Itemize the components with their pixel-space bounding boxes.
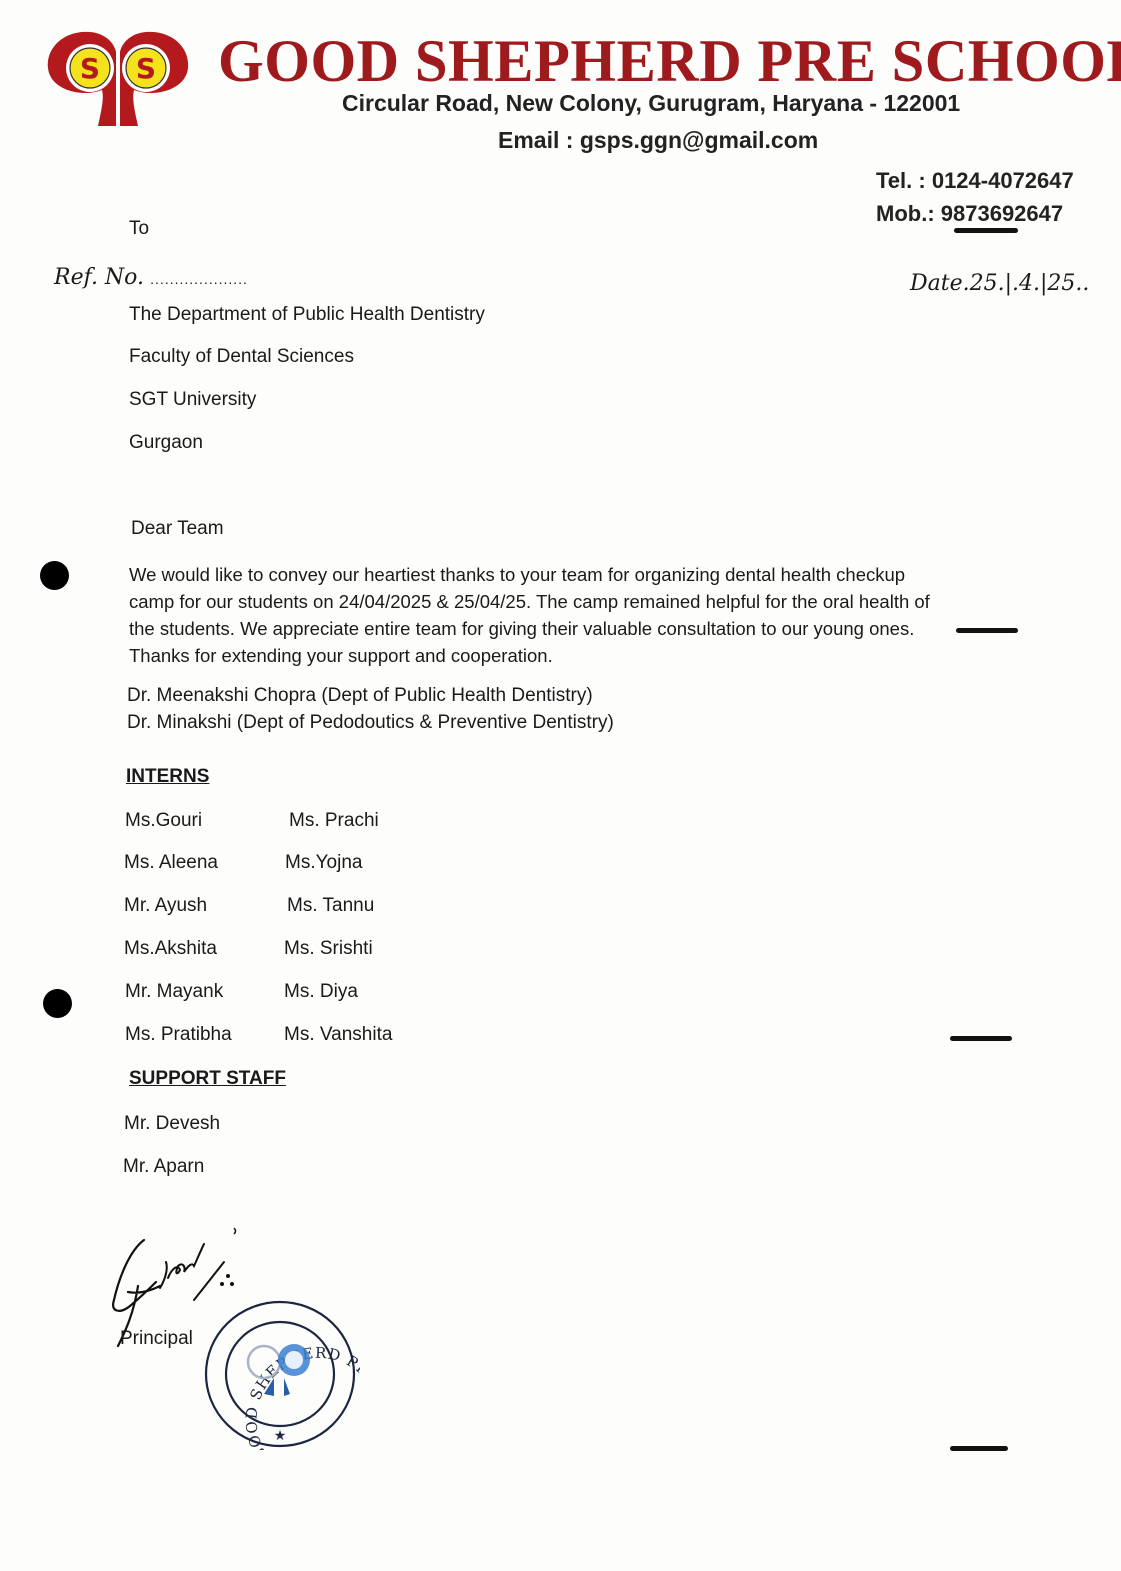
date-value: .25.|.4.|25.. [963, 271, 1090, 296]
telephone: Tel. : 0124-4072647 [876, 168, 1074, 194]
mobile: Mob.: 9873692647 [876, 201, 1063, 227]
intern-name: Ms. Prachi [289, 810, 379, 832]
school-stamp: GOOD SHEPHERD PRE SCHOOL ★ [200, 1298, 360, 1450]
intern-name: Mr. Ayush [124, 895, 207, 917]
doctor-line: Dr. Minakshi (Dept of Pedodoutics & Prev… [127, 712, 614, 734]
intern-name: Ms. Diya [284, 981, 358, 1003]
ref-value: .................... [150, 271, 248, 287]
school-email: Email : gsps.ggn@gmail.com [498, 127, 818, 154]
school-address: Circular Road, New Colony, Gurugram, Har… [342, 90, 960, 117]
principal-label: Principal [120, 1328, 193, 1350]
svg-text:S: S [136, 52, 156, 85]
intern-name: Ms.Yojna [285, 852, 362, 874]
pen-underline-mark [954, 228, 1018, 233]
intern-name: Ms. Srishti [284, 938, 373, 960]
body-line: Thanks for extending your support and co… [129, 642, 1009, 669]
tel-value: 0124-4072647 [932, 168, 1074, 193]
punch-hole-mark [40, 561, 69, 590]
intern-name: Ms. Tannu [287, 895, 374, 917]
body-line: the students. We appreciate entire team … [129, 615, 1009, 642]
support-staff-heading: SUPPORT STAFF [129, 1068, 286, 1090]
ref-label: Ref. No. [54, 265, 144, 290]
mob-value: 9873692647 [941, 201, 1063, 226]
school-name: GOOD SHEPHERD PRE SCHOOL [218, 28, 1121, 94]
intern-name: Ms. Pratibha [125, 1024, 232, 1046]
stamp-star-icon: ★ [274, 1427, 287, 1443]
body-line: camp for our students on 24/04/2025 & 25… [129, 588, 1009, 615]
intern-name: Ms.Akshita [124, 938, 217, 960]
mob-label: Mob.: [876, 201, 941, 226]
date: Date.25.|.4.|25.. [910, 270, 1089, 296]
pen-mark [956, 628, 1018, 633]
intern-name: Mr. Mayank [125, 981, 223, 1003]
svg-text:S: S [80, 52, 100, 85]
punch-hole-mark [43, 989, 72, 1018]
intern-name: Ms.Gouri [125, 810, 202, 832]
doctor-line: Dr. Meenakshi Chopra (Dept of Public Hea… [127, 685, 593, 707]
pen-mark [950, 1036, 1012, 1041]
body-line: We would like to convey our heartiest th… [129, 561, 1009, 588]
school-logo: S S [42, 28, 194, 128]
intern-name: Ms. Vanshita [284, 1024, 392, 1046]
intern-name: Ms. Aleena [124, 852, 218, 874]
salutation: Dear Team [131, 518, 224, 540]
recipient-line: Faculty of Dental Sciences [129, 346, 354, 368]
ref-number: Ref. No. .................... [54, 264, 248, 290]
email-label: Email : [498, 127, 580, 153]
to-label: To [129, 218, 149, 240]
pen-mark [950, 1446, 1008, 1451]
recipient-line: The Department of Public Health Dentistr… [129, 304, 485, 326]
letter-body: We would like to convey our heartiest th… [129, 561, 1009, 669]
staff-name: Mr. Aparn [123, 1156, 204, 1178]
tel-label: Tel. : [876, 168, 932, 193]
recipient-line: SGT University [129, 389, 256, 411]
recipient-line: Gurgaon [129, 432, 203, 454]
date-label: Date [910, 271, 963, 296]
staff-name: Mr. Devesh [124, 1113, 220, 1135]
email-value: gsps.ggn@gmail.com [580, 127, 818, 153]
interns-heading: INTERNS [126, 766, 209, 788]
